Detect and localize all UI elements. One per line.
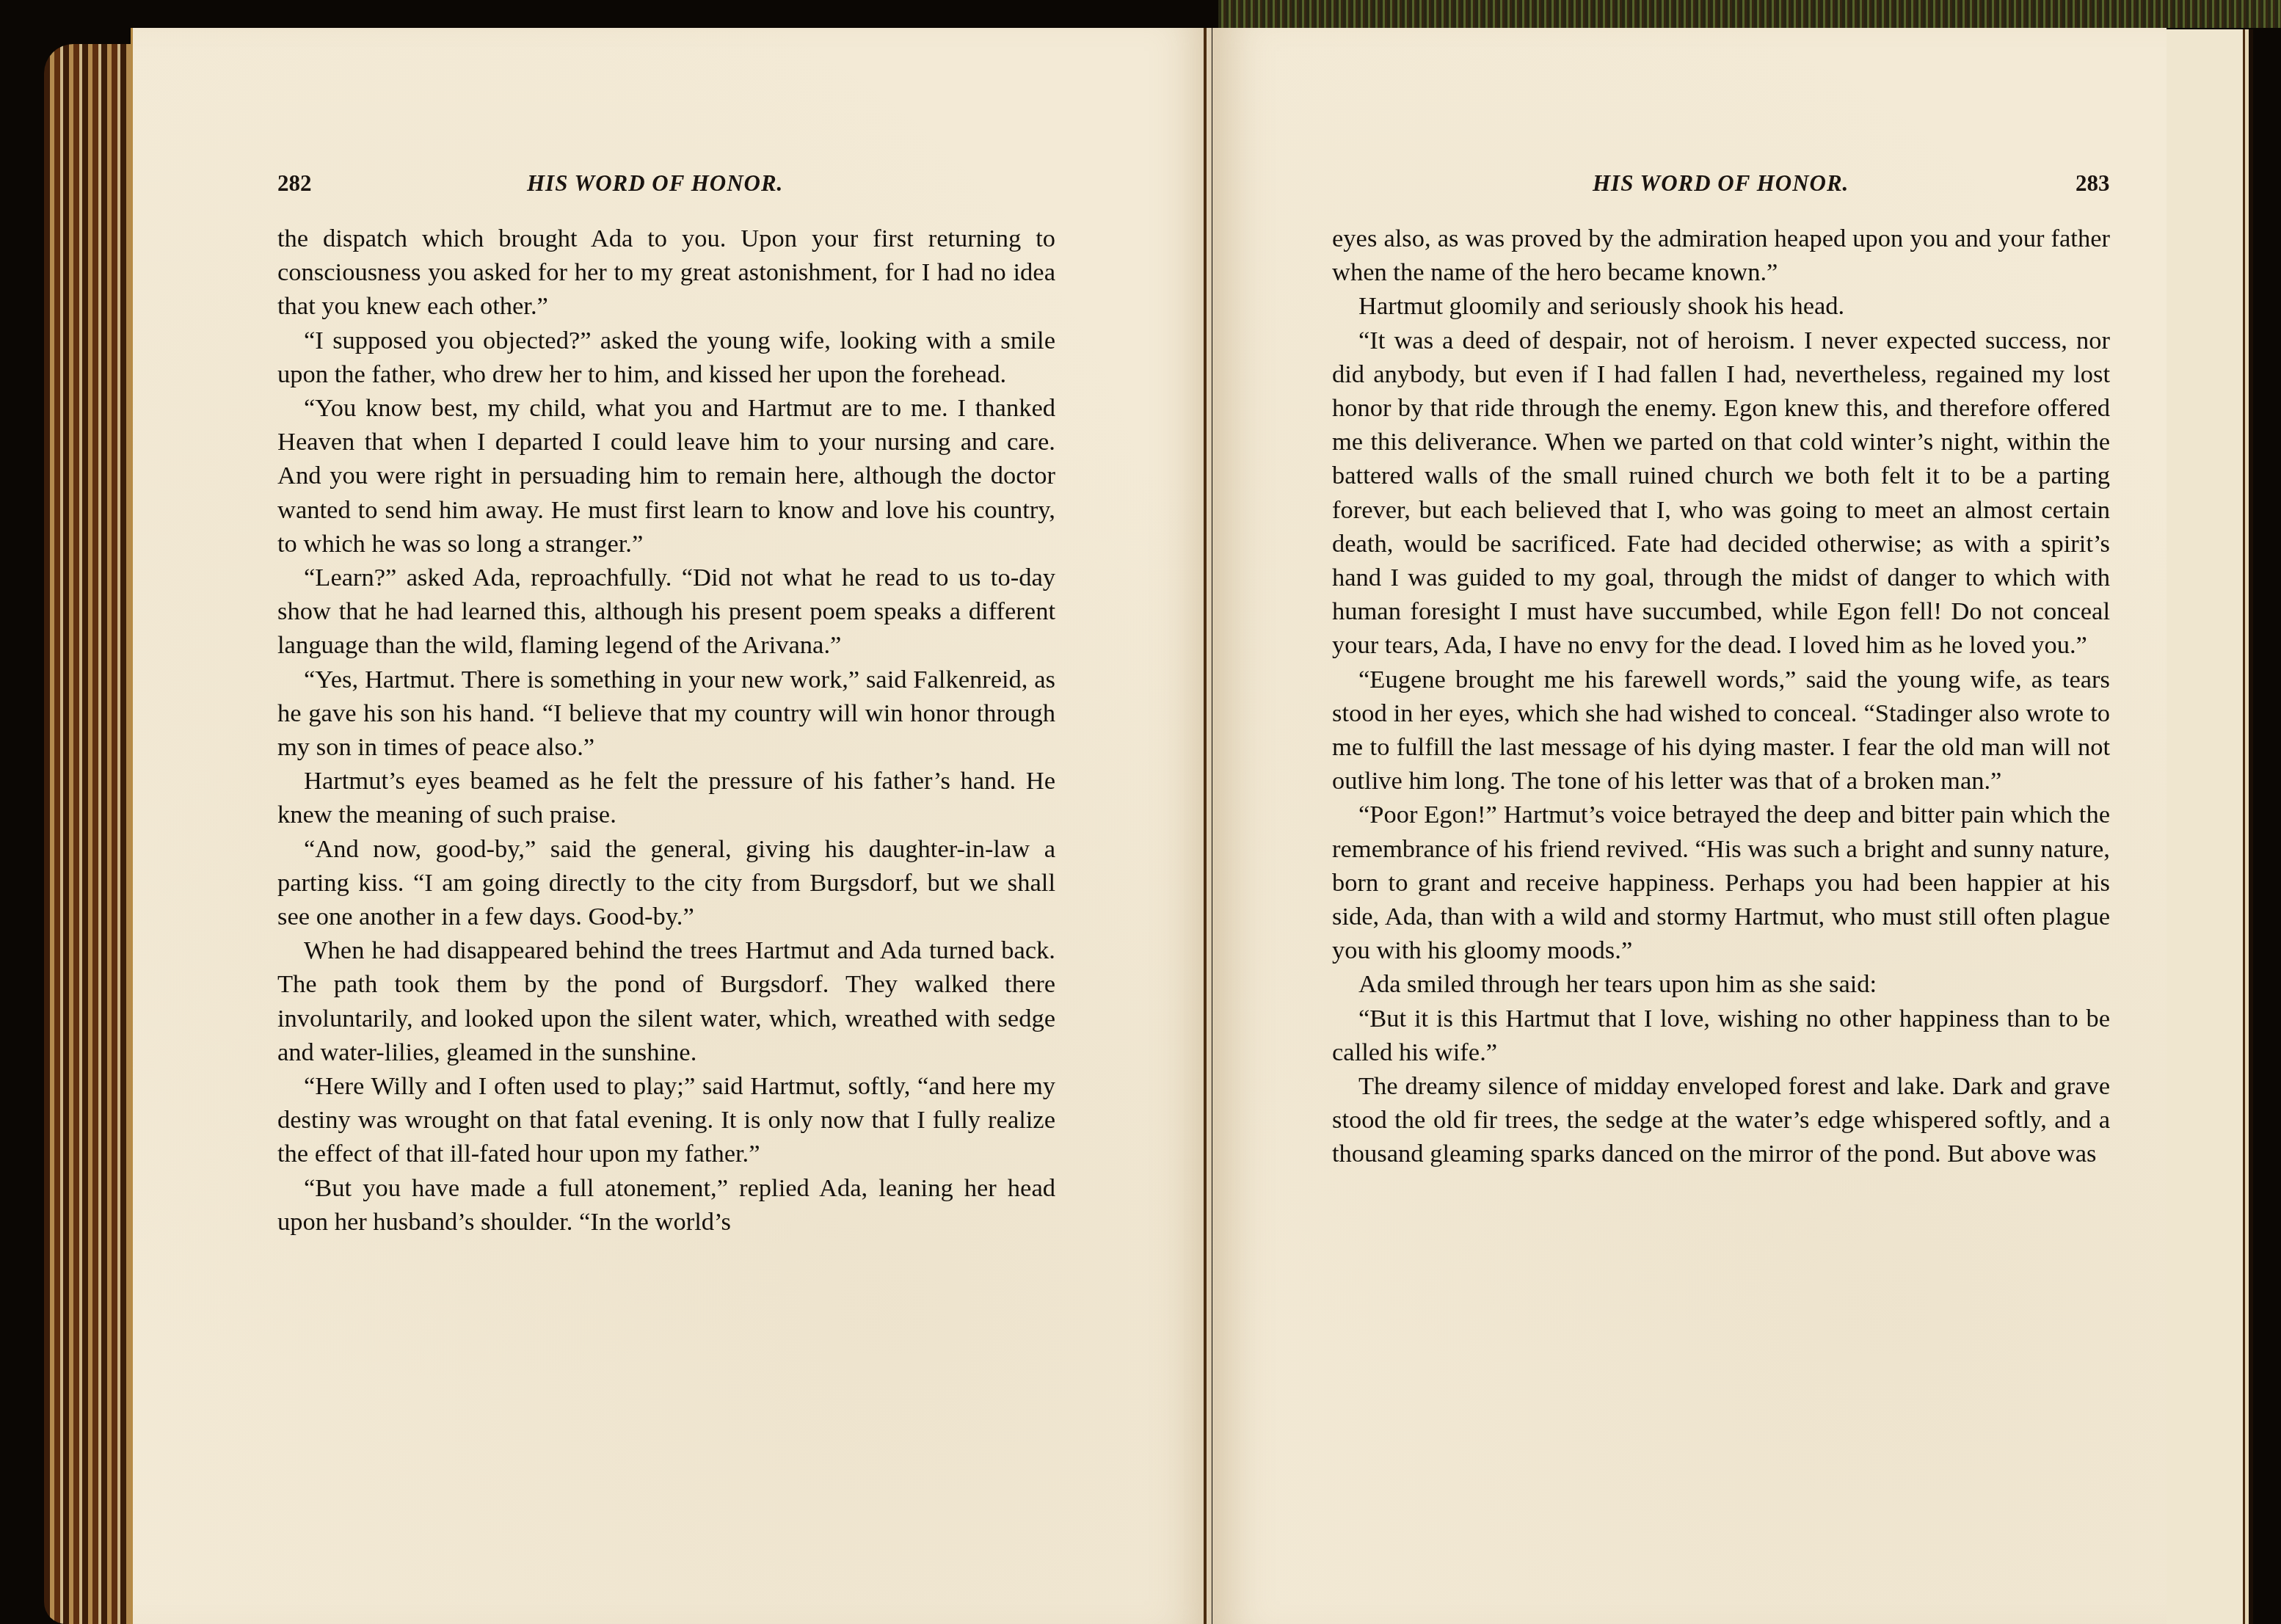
paragraph: “But you have made a full atonement,” re… [277,1171,1055,1239]
right-page-number: 283 [2076,170,2110,200]
paragraph: Ada smiled through her tears upon him as… [1332,967,2110,1001]
paragraph: the dispatch which brought Ada to you. U… [277,222,1055,324]
paragraph: Hartmut’s eyes beamed as he felt the pre… [277,764,1055,831]
right-running-head: HIS WORD OF HONOR. [1593,170,1849,200]
book-gutter [1204,28,1207,1624]
paragraph: The dreamy silence of midday enveloped f… [1332,1069,2110,1171]
paragraph: “Learn?” asked Ada, reproachfully. “Did … [277,561,1055,663]
left-page-body: the dispatch which brought Ada to you. U… [277,222,1055,1239]
paragraph: “And now, good-by,” said the general, gi… [277,832,1055,934]
left-page-stack [44,44,132,1624]
paragraph: “But it is this Hartmut that I love, wis… [1332,1002,2110,1069]
book-cover-edge [1218,0,2281,28]
paragraph: “Poor Egon!” Hartmut’s voice betrayed th… [1332,798,2110,967]
paragraph: “You know best, my child, what you and H… [277,391,1055,561]
left-running-head: HIS WORD OF HONOR. [527,170,783,200]
paragraph: “It was a deed of despair, not of herois… [1332,324,2110,663]
paragraph: “Yes, Hartmut. There is something in you… [277,663,1055,765]
paragraph: eyes also, as was proved by the admirati… [1332,222,2110,289]
paragraph: Hartmut gloomily and seriously shook his… [1332,289,2110,323]
right-page-body: eyes also, as was proved by the admirati… [1332,222,2110,1171]
paragraph: “I supposed you objected?” asked the you… [277,324,1055,391]
left-page-number: 282 [277,170,312,200]
paragraph: “Here Willy and I often used to play;” s… [277,1069,1055,1171]
paragraph: When he had disappeared behind the trees… [277,933,1055,1069]
paragraph: “Eugene brought me his farewell words,” … [1332,663,2110,798]
